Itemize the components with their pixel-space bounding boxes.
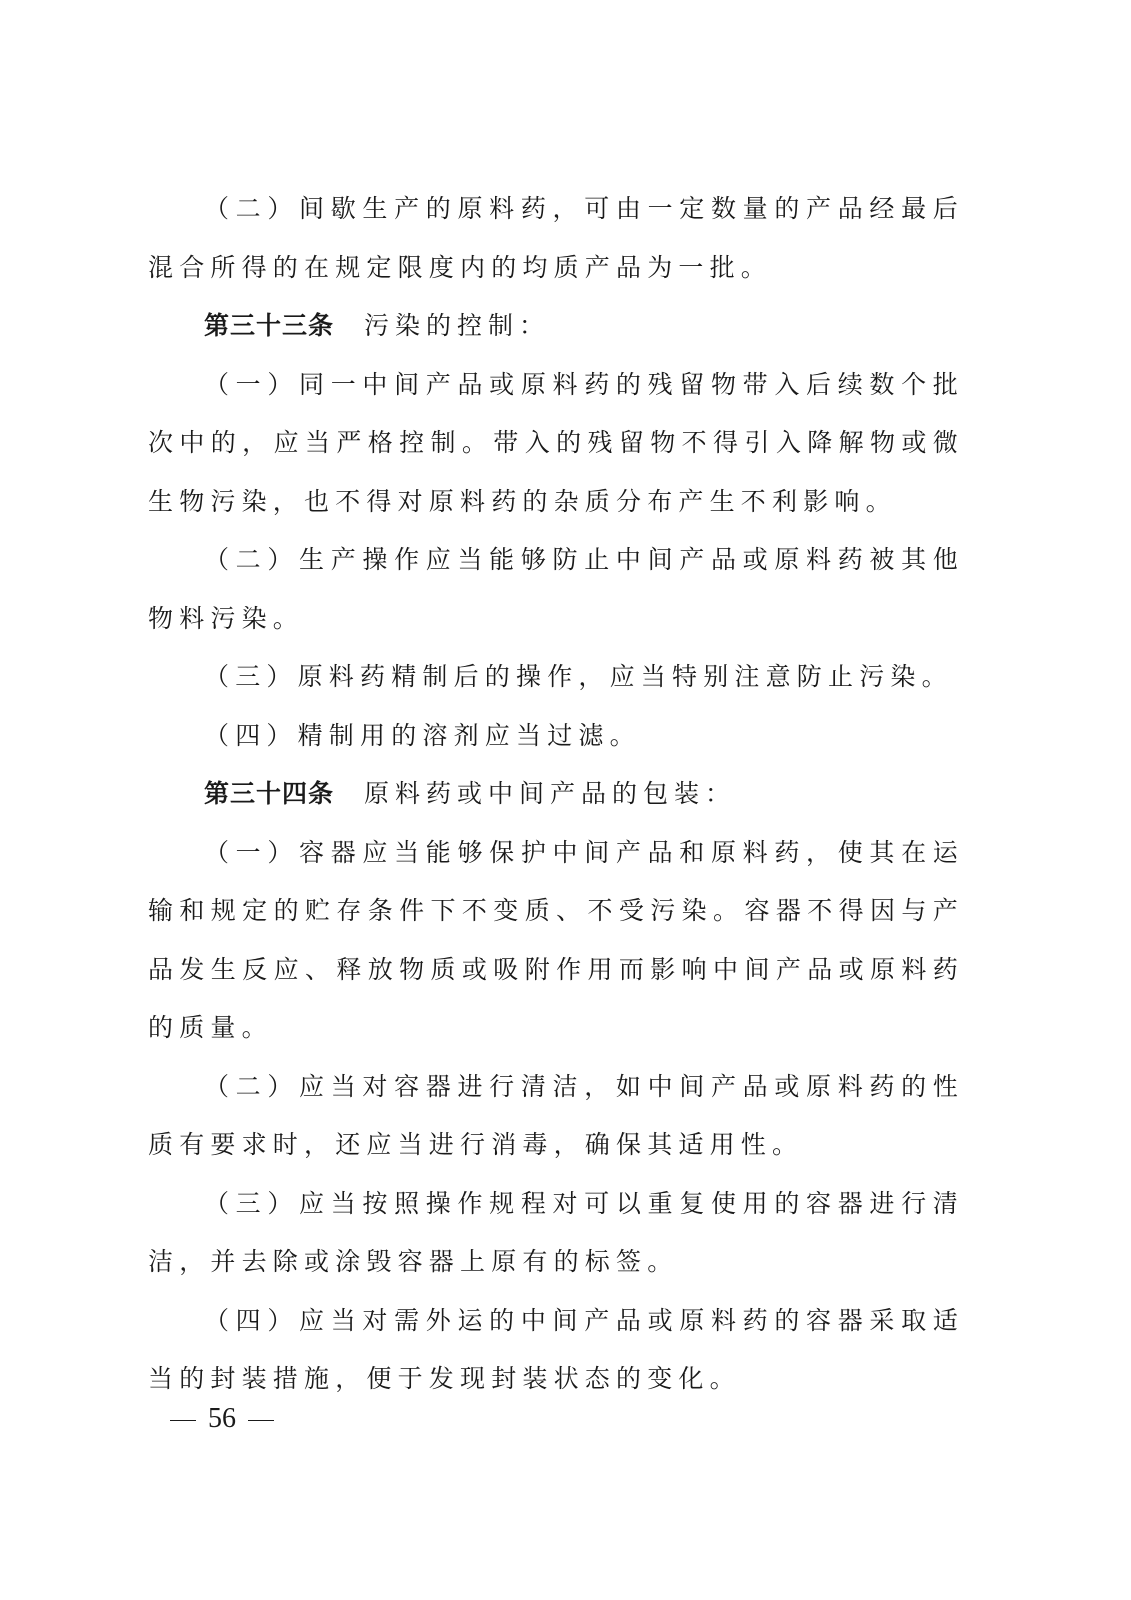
article-heading: 第三十三条污染的控制： (148, 297, 964, 356)
article-title: 污染的控制： (364, 311, 550, 340)
footer-dash-left (170, 1420, 196, 1421)
paragraph: （三）应当按照操作规程对可以重复使用的容器进行清洁，并去除或涂毁容器上原有的标签… (148, 1175, 964, 1292)
paragraph: （二）生产操作应当能够防止中间产品或原料药被其他物料污染。 (148, 531, 964, 648)
article-heading: 第三十四条原料药或中间产品的包装： (148, 765, 964, 824)
paragraph: （三）原料药精制后的操作，应当特别注意防止污染。 (148, 648, 964, 707)
paragraph: （四）应当对需外运的中间产品或原料药的容器采取适当的封装措施，便于发现封装状态的… (148, 1292, 964, 1409)
paragraph: （二）间歇生产的原料药，可由一定数量的产品经最后混合所得的在规定限度内的均质产品… (148, 180, 964, 297)
article-number: 第三十三条 (204, 311, 334, 340)
page-number: 56 (208, 1403, 236, 1434)
paragraph: （二）应当对容器进行清洁，如中间产品或原料药的性质有要求时，还应当进行消毒，确保… (148, 1058, 964, 1175)
document-body: （二）间歇生产的原料药，可由一定数量的产品经最后混合所得的在规定限度内的均质产品… (148, 180, 964, 1409)
paragraph: （一）容器应当能够保护中间产品和原料药，使其在运输和规定的贮存条件下不变质、不受… (148, 824, 964, 1058)
footer-dash-right (248, 1420, 274, 1421)
paragraph: （四）精制用的溶剂应当过滤。 (148, 707, 964, 766)
article-title: 原料药或中间产品的包装： (364, 779, 736, 808)
paragraph: （一）同一中间产品或原料药的残留物带入后续数个批次中的，应当严格控制。带入的残留… (148, 356, 964, 532)
page-footer: 56 (170, 1403, 274, 1435)
article-number: 第三十四条 (204, 779, 334, 808)
